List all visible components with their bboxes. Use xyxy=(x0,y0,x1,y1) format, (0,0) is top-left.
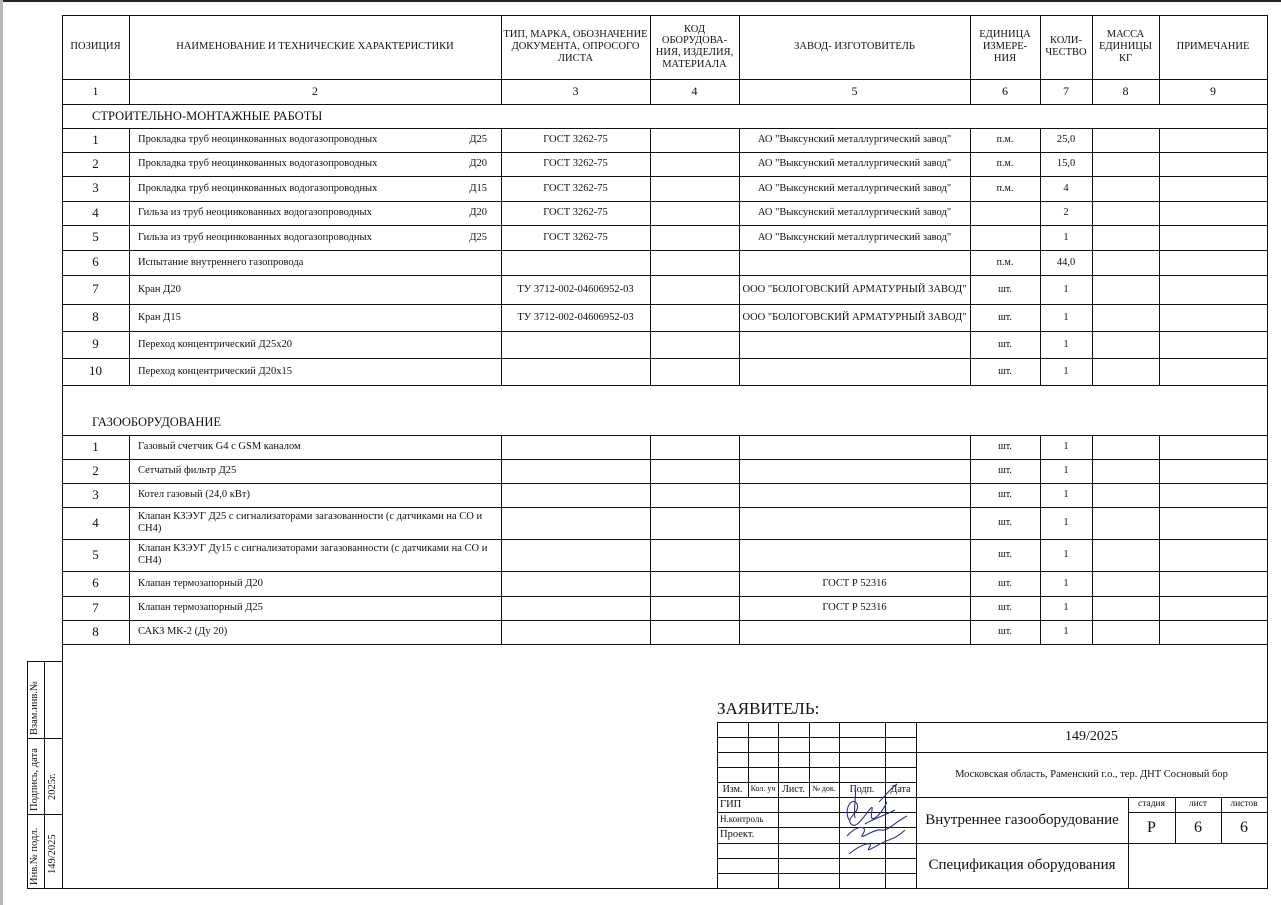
quantity-cell: 1 xyxy=(1040,225,1092,250)
code-cell xyxy=(650,331,739,358)
quantity-cell: 1 xyxy=(1040,539,1092,571)
header-position: ПОЗИЦИЯ xyxy=(62,15,129,79)
quantity-cell: 1 xyxy=(1040,571,1092,596)
code-cell xyxy=(650,507,739,539)
type-cell xyxy=(501,483,650,507)
code-cell xyxy=(650,152,739,176)
note-cell xyxy=(1159,275,1267,304)
mass-cell xyxy=(1092,459,1159,483)
mass-cell xyxy=(1092,275,1159,304)
manufacturer-cell: АО "Выксунский металлургический завод" xyxy=(739,201,970,225)
grid-line xyxy=(778,797,779,888)
code-cell xyxy=(650,250,739,275)
side-stamp-label: Подпись, дата xyxy=(29,748,40,811)
manufacturer-cell xyxy=(739,620,970,644)
role-label: Проект. xyxy=(717,827,778,843)
name-cell: САКЗ МК-2 (Ду 20) xyxy=(129,620,501,644)
manufacturer-cell xyxy=(739,483,970,507)
unit-cell: шт. xyxy=(970,304,1040,331)
unit-cell: шт. xyxy=(970,539,1040,571)
manufacturer-cell xyxy=(739,507,970,539)
position-cell: 2 xyxy=(62,459,129,483)
note-cell xyxy=(1159,331,1267,358)
unit-cell: п.м. xyxy=(970,250,1040,275)
note-cell xyxy=(1159,483,1267,507)
mass-cell xyxy=(1092,225,1159,250)
grid-line xyxy=(717,737,916,738)
side-stamp-value: 149/2025 xyxy=(47,834,58,874)
doc-number: 149/2025 xyxy=(916,722,1267,752)
change-header-1: Кол. уч xyxy=(748,782,778,797)
type-cell: ГОСТ 3262-75 xyxy=(501,201,650,225)
quantity-cell: 4 xyxy=(1040,176,1092,201)
note-cell xyxy=(1159,176,1267,201)
change-header-2: Лист. xyxy=(778,782,809,797)
mass-cell xyxy=(1092,201,1159,225)
note-cell xyxy=(1159,620,1267,644)
note-cell xyxy=(1159,128,1267,152)
note-cell xyxy=(1159,201,1267,225)
mass-cell xyxy=(1092,620,1159,644)
code-cell xyxy=(650,358,739,385)
name-size-cell: Д25 xyxy=(129,225,501,250)
manufacturer-cell xyxy=(739,331,970,358)
role-label: ГИП xyxy=(717,797,778,812)
quantity-cell: 2 xyxy=(1040,201,1092,225)
diameter-label: Д20 xyxy=(469,201,487,225)
unit-cell: шт. xyxy=(970,358,1040,385)
manufacturer-cell: ООО "БОЛОГОВСКИЙ АРМАТУРНЫЙ ЗАВОД" xyxy=(739,275,970,304)
unit-cell xyxy=(970,225,1040,250)
name-cell: Газовый счетчик G4 с GSM каналом xyxy=(129,435,501,459)
note-cell xyxy=(1159,152,1267,176)
manufacturer-cell xyxy=(739,358,970,385)
name-cell: Котел газовый (24,0 кВт) xyxy=(129,483,501,507)
mass-cell xyxy=(1092,358,1159,385)
code-cell xyxy=(650,128,739,152)
type-cell: ГОСТ 3262-75 xyxy=(501,225,650,250)
note-cell xyxy=(1159,507,1267,539)
name-size-cell: Д20 xyxy=(129,152,501,176)
code-cell xyxy=(650,459,739,483)
manufacturer-cell: АО "Выксунский металлургический завод" xyxy=(739,128,970,152)
name-cell: Испытание внутреннего газопровода xyxy=(129,250,501,275)
position-cell: 2 xyxy=(62,152,129,176)
position-cell: 10 xyxy=(62,358,129,385)
unit-cell: п.м. xyxy=(970,176,1040,201)
side-stamp-value: 2025г. xyxy=(47,773,58,800)
note-cell xyxy=(1159,539,1267,571)
header-manufacturer: ЗАВОД- ИЗГОТОВИТЕЛЬ xyxy=(739,15,970,79)
column-number-6: 6 xyxy=(970,79,1040,104)
grid-line xyxy=(717,752,916,753)
grid-line xyxy=(717,722,916,723)
header-unit: ЕДИНИЦА ИЗМЕРЕ-НИЯ xyxy=(970,15,1040,79)
change-header-0: Изм. xyxy=(717,782,748,797)
diameter-label: Д20 xyxy=(469,152,487,176)
manufacturer-cell: ГОСТ Р 52316 xyxy=(739,571,970,596)
name-cell: Кран Д15 xyxy=(129,304,501,331)
grid-line xyxy=(27,661,28,888)
manufacturer-cell: АО "Выксунский металлургический завод" xyxy=(739,152,970,176)
sheets-value: 6 xyxy=(1221,812,1267,843)
type-cell: ГОСТ 3262-75 xyxy=(501,152,650,176)
note-cell xyxy=(1159,435,1267,459)
column-number-3: 3 xyxy=(501,79,650,104)
type-cell xyxy=(501,331,650,358)
manufacturer-cell: АО "Выксунский металлургический завод" xyxy=(739,176,970,201)
unit-cell: шт. xyxy=(970,620,1040,644)
note-cell xyxy=(1159,304,1267,331)
note-cell xyxy=(1159,459,1267,483)
grid-line xyxy=(27,888,62,889)
mass-cell xyxy=(1092,507,1159,539)
position-cell: 5 xyxy=(62,539,129,571)
code-cell xyxy=(650,571,739,596)
code-cell xyxy=(650,435,739,459)
unit-cell: п.м. xyxy=(970,128,1040,152)
unit-cell: шт. xyxy=(970,275,1040,304)
note-cell xyxy=(1159,596,1267,620)
unit-cell: шт. xyxy=(970,596,1040,620)
stage-label: стадия xyxy=(1128,797,1175,812)
note-cell xyxy=(1159,250,1267,275)
quantity-cell: 1 xyxy=(1040,483,1092,507)
mass-cell xyxy=(1092,539,1159,571)
column-number-2: 2 xyxy=(129,79,501,104)
side-stamp-label: Инв.№ подл. xyxy=(29,828,40,885)
header-note: ПРИМЕЧАНИЕ xyxy=(1159,15,1267,79)
mass-cell xyxy=(1092,571,1159,596)
header-type: ТИП, МАРКА, ОБОЗНАЧЕНИЕ ДОКУМЕНТА, ОПРОС… xyxy=(501,15,650,79)
code-cell xyxy=(650,176,739,201)
section-name: Внутреннее газооборудование xyxy=(916,797,1128,843)
sheet-name: Спецификация оборудования xyxy=(916,843,1128,888)
note-cell xyxy=(1159,358,1267,385)
quantity-cell: 1 xyxy=(1040,275,1092,304)
position-cell: 5 xyxy=(62,225,129,250)
name-cell: Кран Д20 xyxy=(129,275,501,304)
code-cell xyxy=(650,483,739,507)
type-cell xyxy=(501,358,650,385)
sheet-value: 6 xyxy=(1175,812,1221,843)
type-cell xyxy=(501,250,650,275)
page-top-line xyxy=(3,0,1281,2)
manufacturer-cell: ГОСТ Р 52316 xyxy=(739,596,970,620)
type-cell: ГОСТ 3262-75 xyxy=(501,128,650,152)
position-cell: 1 xyxy=(62,128,129,152)
unit-cell: шт. xyxy=(970,483,1040,507)
signature-icon xyxy=(835,778,915,858)
column-number-1: 1 xyxy=(62,79,129,104)
manufacturer-cell xyxy=(739,435,970,459)
stage-value: Р xyxy=(1128,812,1175,843)
type-cell xyxy=(501,620,650,644)
name-size-cell: Д20 xyxy=(129,201,501,225)
mass-cell xyxy=(1092,435,1159,459)
name-size-cell: Д15 xyxy=(129,176,501,201)
manufacturer-cell xyxy=(739,459,970,483)
mass-cell xyxy=(1092,250,1159,275)
applicant-label: ЗАЯВИТЕЛЬ: xyxy=(717,699,819,719)
header-name: НАИМЕНОВАНИЕ И ТЕХНИЧЕСКИЕ ХАРАКТЕРИСТИК… xyxy=(129,15,501,79)
manufacturer-cell: ООО "БОЛОГОВСКИЙ АРМАТУРНЫЙ ЗАВОД" xyxy=(739,304,970,331)
type-cell: ГОСТ 3262-75 xyxy=(501,176,650,201)
name-cell: Клапан термозапорный Д20 xyxy=(129,571,501,596)
name-cell: Переход концентрический Д25х20 xyxy=(129,331,501,358)
sheet-label: лист xyxy=(1175,797,1221,812)
type-cell xyxy=(501,571,650,596)
grid-line xyxy=(717,858,916,859)
position-cell: 6 xyxy=(62,571,129,596)
position-cell: 7 xyxy=(62,596,129,620)
column-number-4: 4 xyxy=(650,79,739,104)
header-mass: МАССА ЕДИНИЦЫ КГ xyxy=(1092,15,1159,79)
name-cell: Клапан КЗЭУГ Ду15 с сигнализаторами зага… xyxy=(129,539,501,571)
column-number-5: 5 xyxy=(739,79,970,104)
position-cell: 3 xyxy=(62,483,129,507)
diameter-label: Д25 xyxy=(469,128,487,152)
position-cell: 8 xyxy=(62,620,129,644)
diameter-label: Д25 xyxy=(469,225,487,250)
grid-line xyxy=(44,661,45,888)
code-cell xyxy=(650,275,739,304)
type-cell: ТУ 3712-002-04606952-03 xyxy=(501,275,650,304)
quantity-cell: 1 xyxy=(1040,331,1092,358)
unit-cell: шт. xyxy=(970,571,1040,596)
mass-cell xyxy=(1092,596,1159,620)
quantity-cell: 1 xyxy=(1040,304,1092,331)
name-cell: Клапан термозапорный Д25 xyxy=(129,596,501,620)
section-title: ГАЗООБОРУДОВАНИЕ xyxy=(62,385,1267,435)
quantity-cell: 1 xyxy=(1040,358,1092,385)
grid-line xyxy=(717,888,916,889)
column-number-7: 7 xyxy=(1040,79,1092,104)
quantity-cell: 1 xyxy=(1040,596,1092,620)
type-cell: ТУ 3712-002-04606952-03 xyxy=(501,304,650,331)
quantity-cell: 1 xyxy=(1040,507,1092,539)
quantity-cell: 1 xyxy=(1040,435,1092,459)
quantity-cell: 15,0 xyxy=(1040,152,1092,176)
project-address: Московская область, Раменский г.о., тер.… xyxy=(916,752,1267,797)
unit-cell: шт. xyxy=(970,459,1040,483)
code-cell xyxy=(650,225,739,250)
quantity-cell: 25,0 xyxy=(1040,128,1092,152)
code-cell xyxy=(650,201,739,225)
position-cell: 8 xyxy=(62,304,129,331)
header-code: КОД ОБОРУДОВА-НИЯ, ИЗДЕЛИЯ, МАТЕРИАЛА xyxy=(650,15,739,79)
name-size-cell: Д25 xyxy=(129,128,501,152)
unit-cell: п.м. xyxy=(970,152,1040,176)
code-cell xyxy=(650,539,739,571)
type-cell xyxy=(501,459,650,483)
column-number-9: 9 xyxy=(1159,79,1267,104)
type-cell xyxy=(501,507,650,539)
page-edge-bar xyxy=(0,0,3,905)
mass-cell xyxy=(1092,331,1159,358)
position-cell: 3 xyxy=(62,176,129,201)
code-cell xyxy=(650,620,739,644)
type-cell xyxy=(501,539,650,571)
manufacturer-cell xyxy=(739,539,970,571)
position-cell: 7 xyxy=(62,275,129,304)
mass-cell xyxy=(1092,128,1159,152)
name-cell: Клапан КЗЭУГ Д25 с сигнализаторами загаз… xyxy=(129,507,501,539)
note-cell xyxy=(1159,571,1267,596)
section-title: СТРОИТЕЛЬНО-МОНТАЖНЫЕ РАБОТЫ xyxy=(62,104,1267,128)
manufacturer-cell: АО "Выксунский металлургический завод" xyxy=(739,225,970,250)
manufacturer-cell xyxy=(739,250,970,275)
grid-line xyxy=(717,873,916,874)
side-stamp-label: Взам.инв.№ xyxy=(29,681,40,735)
note-cell xyxy=(1159,225,1267,250)
unit-cell: шт. xyxy=(970,331,1040,358)
role-label: Н.контроль xyxy=(717,812,778,827)
position-cell: 4 xyxy=(62,201,129,225)
quantity-cell: 44,0 xyxy=(1040,250,1092,275)
mass-cell xyxy=(1092,483,1159,507)
column-number-8: 8 xyxy=(1092,79,1159,104)
grid-line xyxy=(62,644,1267,645)
position-cell: 4 xyxy=(62,507,129,539)
code-cell xyxy=(650,304,739,331)
quantity-cell: 1 xyxy=(1040,459,1092,483)
name-cell: Сетчатый фильтр Д25 xyxy=(129,459,501,483)
position-cell: 9 xyxy=(62,331,129,358)
mass-cell xyxy=(1092,152,1159,176)
name-cell: Переход концентрический Д20х15 xyxy=(129,358,501,385)
diameter-label: Д15 xyxy=(469,176,487,201)
header-quantity: КОЛИ-ЧЕСТВО xyxy=(1040,15,1092,79)
position-cell: 1 xyxy=(62,435,129,459)
type-cell xyxy=(501,596,650,620)
unit-cell: шт. xyxy=(970,507,1040,539)
unit-cell: шт. xyxy=(970,435,1040,459)
type-cell xyxy=(501,435,650,459)
grid-line xyxy=(717,767,916,768)
mass-cell xyxy=(1092,304,1159,331)
code-cell xyxy=(650,596,739,620)
mass-cell xyxy=(1092,176,1159,201)
unit-cell xyxy=(970,201,1040,225)
position-cell: 6 xyxy=(62,250,129,275)
sheets-label: листов xyxy=(1221,797,1267,812)
quantity-cell: 1 xyxy=(1040,620,1092,644)
